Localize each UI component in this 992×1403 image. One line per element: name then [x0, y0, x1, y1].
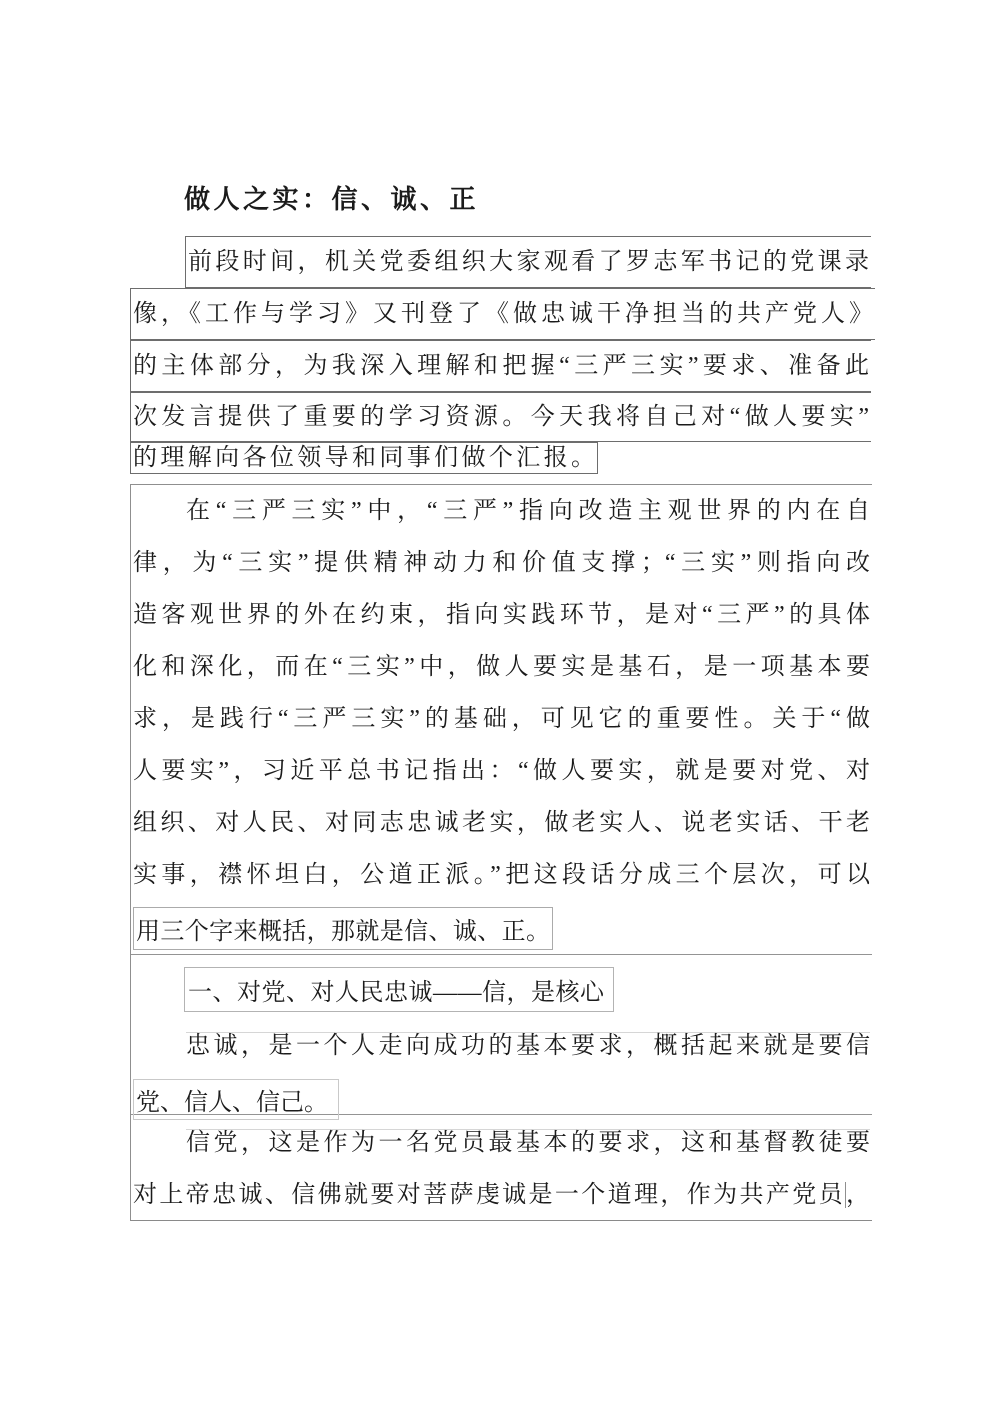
paragraph-line: 求，是践行“三严三实”的基础，可见它的重要性。关于“做 — [131, 693, 872, 745]
paragraph-line: 化和深化，而在“三实”中，做人要实是基石，是一项基本要 — [131, 641, 872, 693]
document-page: 做人之实：信、诚、正 前段时间，机关党委组织大家观看了罗志军书记的党课录 像，《… — [0, 0, 992, 1403]
trailing-comma: ， — [846, 1182, 870, 1208]
paragraph-line: 在“三严三实”中，“三严”指向改造主观世界的内在自 — [131, 485, 872, 537]
ocr-line-box: 用三个字来概括，那就是信、诚、正。 — [133, 907, 553, 950]
section2-block: 信党，这是作为一名党员最基本的要求，这和基督教徒要 对上帝忠诚、信佛就要对菩萨虔… — [131, 1114, 872, 1220]
ocr-line-box: 对上帝忠诚、信佛就要对菩萨虔诚是一个道理，作为共产党员 — [133, 1182, 846, 1208]
paragraph1-line-box: 前段时间，机关党委组织大家观看了罗志军书记的党课录 — [185, 236, 871, 288]
paragraph1-line-box: 的主体部分，为我深入理解和把握“三严三实”要求、准备此 — [130, 340, 871, 392]
paragraph-line: 组织、对人民、对同志忠诚老实，做老实人、说老实话、干老 — [131, 797, 872, 849]
document-title: 做人之实：信、诚、正 — [184, 179, 479, 216]
section1-heading-row: 一、对党、对人民忠诚——信，是核心 — [184, 967, 872, 1012]
paragraph-line: 信党，这是作为一名党员最基本的要求，这和基督教徒要 — [131, 1117, 872, 1169]
paragraph2-block: 在“三严三实”中，“三严”指向改造主观世界的内在自 律，为“三实”提供精神动力和… — [131, 485, 872, 954]
paragraph-line: 造客观世界的外在约束，指向实践环节，是对“三严”的具体 — [131, 589, 872, 641]
paragraph-final-line: 用三个字来概括，那就是信、诚、正。 — [131, 901, 872, 953]
paragraph1-line-box: 次发言提供了重要的学习资源。今天我将自己对“做人要实” — [130, 392, 871, 442]
ocr-line-box: 党、信人、信己。 — [133, 1079, 339, 1120]
text-block-table: 在“三严三实”中，“三严”指向改造主观世界的内在自 律，为“三实”提供精神动力和… — [130, 484, 872, 1221]
section1-heading: 一、对党、对人民忠诚——信，是核心 — [184, 967, 614, 1012]
paragraph1-line-box: 的理解向各位领导和同事们做个汇报。 — [130, 442, 598, 474]
paragraph-line: 实事，襟怀坦白，公道正派。”把这段话分成三个层次，可以 — [131, 849, 872, 901]
paragraph-line: 忠诚，是一个人走向成功的基本要求，概括起来就是要信 — [131, 1020, 872, 1072]
paragraph-line: 人要实”，习近平总书记指出：“做人要实，就是要对党、对 — [131, 745, 872, 797]
paragraph-line: 对上帝忠诚、信佛就要对菩萨虔诚是一个道理，作为共产党员， — [131, 1169, 872, 1221]
ocr-line-box: 忠诚，是一个人走向成功的基本要求，概括起来就是要信 — [186, 1032, 870, 1059]
ocr-line-box: 信党，这是作为一名党员最基本的要求，这和基督教徒要 — [186, 1129, 870, 1156]
paragraph-line: 律，为“三实”提供精神动力和价值支撑；“三实”则指向改 — [131, 537, 872, 589]
section1-block: 一、对党、对人民忠诚——信，是核心 忠诚，是一个人走向成功的基本要求，概括起来就… — [131, 954, 872, 1114]
paragraph1-line-box: 像，《工作与学习》又刊登了《做忠诚干净担当的共产党人》 — [130, 288, 875, 340]
